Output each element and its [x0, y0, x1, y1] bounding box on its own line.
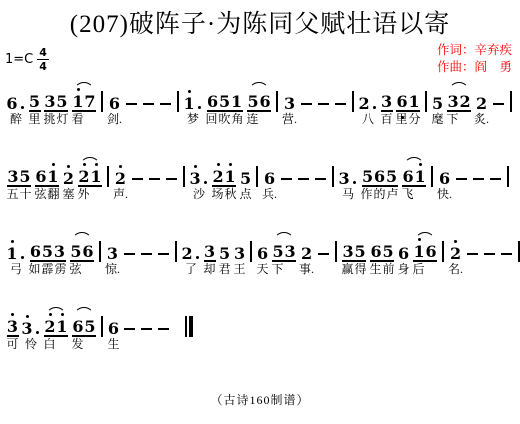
- music-line: 35五十61弦翻2塞21外2声.3沙21场秋5点6兵.3马565作的卢61飞6快…: [5, 153, 518, 204]
- final-barline-thick: [189, 316, 193, 337]
- note: 6: [439, 170, 451, 187]
- beam-group-cell: 565作的卢: [360, 153, 399, 204]
- dash-cell: [488, 153, 503, 204]
- lyric: 飞: [401, 187, 414, 202]
- note-area: 21: [212, 153, 236, 187]
- note-area: 3: [381, 78, 393, 112]
- note: 5: [382, 243, 394, 260]
- beam-group: 3: [204, 243, 216, 262]
- lyric: 秋: [224, 187, 237, 202]
- note-area: 653: [30, 228, 66, 262]
- lyric-row: 营.: [282, 112, 297, 129]
- note: 5: [42, 243, 54, 260]
- note-area: [333, 78, 348, 112]
- lyric-row: 声.: [113, 187, 128, 204]
- beam-group: 16: [413, 243, 437, 262]
- lyric: 翻: [47, 187, 60, 202]
- octave-dot-below: [401, 116, 404, 119]
- lyric: 后: [412, 262, 425, 277]
- beam-group: 17: [72, 93, 96, 112]
- lyric: 马: [342, 187, 355, 202]
- note-area: 35: [342, 228, 366, 262]
- note: 3: [342, 243, 354, 260]
- beam-group: 3: [381, 93, 393, 112]
- duration-dash: [160, 103, 171, 105]
- note-area: 2: [301, 228, 313, 262]
- note-area: [505, 153, 511, 187]
- beam-group-cell: 653如霹雳: [28, 228, 67, 279]
- dash-cell: [139, 228, 154, 279]
- lyric: 下: [446, 112, 459, 127]
- note-area: 53: [272, 228, 296, 262]
- note: 3: [381, 93, 393, 110]
- credits: 作词：辛弃疾 作曲：阎 勇: [437, 42, 512, 76]
- dash-cell: [482, 228, 497, 279]
- composer-credit: 作曲：阎 勇: [437, 59, 512, 76]
- lyric-row: 名.: [448, 262, 463, 279]
- octave-dot-above: [454, 240, 457, 243]
- music-lines: 6醉5里35挑灯17看6剑.1梦651回吹角56连3营.2八3百61里分5麾32…: [5, 78, 518, 378]
- augmentation-dot: [196, 256, 199, 259]
- lyric-row: 君: [218, 262, 231, 279]
- lyric: 回: [205, 112, 218, 127]
- beam-group-cell: 53下: [271, 228, 297, 279]
- slur-arc: [274, 232, 294, 241]
- note-area: 2: [63, 153, 75, 187]
- lyric-row: 看: [71, 112, 97, 129]
- barline: [352, 91, 354, 112]
- lyric-row: 醉: [10, 112, 23, 129]
- beam-group: 56: [247, 93, 271, 112]
- lyric: 发: [71, 337, 84, 352]
- note: 6: [82, 243, 94, 260]
- lyric: 百: [380, 112, 393, 127]
- note: 1: [224, 168, 236, 185]
- lyric: 怜: [25, 337, 38, 352]
- lyric-row: 作的卢: [360, 187, 399, 204]
- note: 2: [63, 170, 75, 187]
- dash-cell: [316, 228, 331, 279]
- barline: [175, 241, 177, 262]
- note-area: [254, 153, 260, 187]
- barline: [250, 241, 252, 262]
- dash-cell: [156, 228, 171, 279]
- lyric: 生: [107, 337, 120, 352]
- lyric: 赢: [341, 262, 354, 277]
- note-cell: 5点: [239, 153, 252, 204]
- slur-arc: [404, 157, 424, 166]
- note-area: [482, 228, 497, 262]
- lyric-row: 剑.: [107, 112, 122, 129]
- lyric: 事.: [299, 262, 314, 277]
- note-cell: 6醉: [6, 78, 26, 129]
- note-area: 3: [234, 228, 246, 262]
- lyric-row: 发: [71, 337, 97, 354]
- note-area: [488, 153, 503, 187]
- octave-dot-above: [11, 240, 14, 243]
- lyric: 八: [362, 112, 375, 127]
- dash-cell: [471, 153, 486, 204]
- note-area: [141, 78, 156, 112]
- note: 5: [219, 93, 231, 110]
- note: 5: [56, 93, 68, 110]
- dash-cell: [499, 228, 514, 279]
- dash-cell: [491, 78, 506, 129]
- lyric: 作: [360, 187, 373, 202]
- note: 6: [35, 168, 47, 185]
- barline-cell: [508, 78, 514, 129]
- lyric-row: 连: [246, 112, 272, 129]
- note-cell: 3沙: [189, 153, 209, 204]
- final-barline-thin: [185, 316, 187, 337]
- note: 5: [240, 170, 252, 187]
- note: 2: [459, 93, 471, 110]
- note: 6: [207, 93, 219, 110]
- note-area: 35: [7, 153, 31, 187]
- barline-cell: [248, 228, 254, 279]
- note-area: [158, 78, 173, 112]
- final-barline: [185, 316, 193, 337]
- beam-group: 21: [44, 318, 68, 337]
- note-area: [99, 78, 105, 112]
- lyric-row: 外: [77, 187, 103, 204]
- music-line: 3可3怜21白65发6生: [5, 303, 518, 354]
- lyric: 前: [382, 262, 395, 277]
- note: 1: [231, 93, 243, 110]
- note: 6: [370, 243, 382, 260]
- note-area: 3: [204, 228, 216, 262]
- note: 5: [272, 243, 284, 260]
- augmentation-dot: [21, 106, 24, 109]
- beam-group: 5: [29, 93, 41, 112]
- lyric: 吹: [218, 112, 231, 127]
- octave-dot-above: [52, 163, 55, 166]
- note: 5: [247, 93, 259, 110]
- barline: [442, 241, 444, 262]
- lyric: 声.: [113, 187, 128, 202]
- lyric: 塞: [62, 187, 75, 202]
- lyric: 白: [43, 337, 56, 352]
- beam-group: 61: [402, 168, 426, 187]
- note-area: 651: [207, 78, 243, 112]
- beam-group: 35: [342, 243, 366, 262]
- note-area: [122, 303, 137, 337]
- barline: [107, 166, 109, 187]
- note-area: [454, 153, 469, 187]
- note-area: 3: [107, 228, 119, 262]
- beam-group-cell: 61飞: [401, 153, 427, 204]
- lyric: 连: [246, 112, 259, 127]
- beam-group: 32: [447, 93, 471, 112]
- note-area: 17: [72, 78, 96, 112]
- augmentation-dot: [36, 331, 39, 334]
- barline-cell: [99, 303, 105, 354]
- lyric-row: 五十: [6, 187, 32, 204]
- octave-dot-above: [119, 165, 122, 168]
- note-area: [105, 153, 111, 187]
- lyric-row: 点: [239, 187, 252, 204]
- beam-group-cell: 61里分: [395, 78, 421, 129]
- note: 1: [56, 318, 68, 335]
- barline-cell: [181, 153, 187, 204]
- duration-dash: [501, 253, 512, 255]
- lyric: 十: [19, 187, 32, 202]
- lyric-row: 生前: [369, 262, 395, 279]
- duration-dash: [456, 178, 467, 180]
- note-area: [279, 153, 294, 187]
- lyric: 看: [71, 112, 84, 127]
- barline-cell: [333, 228, 339, 279]
- lyric-row: 弦翻: [34, 187, 60, 204]
- lyric: 挑: [43, 112, 56, 127]
- note-cell: 6身: [397, 228, 410, 279]
- dash-cell: [141, 78, 156, 129]
- lyric: 炙.: [474, 112, 489, 127]
- note: 3: [234, 245, 246, 262]
- lyric-row: 里: [28, 112, 41, 129]
- beam-group: 35: [7, 168, 31, 187]
- lyric: 身: [397, 262, 410, 277]
- note-area: 6: [257, 228, 269, 262]
- note-cell: 3马: [338, 153, 358, 204]
- note-cell: 6剑.: [107, 78, 122, 129]
- octave-dot-above: [217, 163, 220, 166]
- lyric-row: 却: [203, 262, 216, 279]
- footer-note: （古诗160制谱）: [0, 391, 520, 408]
- key-label: 1=C: [5, 52, 33, 67]
- lyric-row: 八: [362, 112, 375, 129]
- note-cell: 2八: [358, 78, 378, 129]
- lyric-row: 天: [256, 262, 269, 279]
- slur-arc: [74, 307, 94, 316]
- note-area: 6: [439, 153, 451, 187]
- note-cell: 1弓: [6, 228, 26, 279]
- beam-group-cell: 3可: [6, 303, 19, 354]
- note-area: [333, 228, 339, 262]
- octave-dot-above: [26, 315, 29, 318]
- lyric: 弓: [10, 262, 23, 277]
- lyric: 雳: [54, 262, 67, 277]
- lyric: 梦: [187, 112, 200, 127]
- dash-cell: [122, 303, 137, 354]
- note-area: 565: [362, 153, 398, 187]
- barline-cell: [429, 153, 435, 204]
- duration-dash: [166, 178, 177, 180]
- dash-cell: [158, 78, 173, 129]
- note-area: [173, 303, 193, 337]
- note: 6: [259, 93, 271, 110]
- note: 5: [219, 245, 231, 262]
- note-area: 61: [396, 78, 420, 112]
- lyricist-credit: 作词：辛弃疾: [437, 42, 512, 59]
- beam-group: 65: [370, 243, 394, 262]
- lyric: 麾: [431, 112, 444, 127]
- note-area: 5: [29, 78, 41, 112]
- note: 1: [6, 245, 18, 262]
- note: 2: [115, 170, 127, 187]
- note-area: [516, 228, 520, 262]
- note-area: 1: [6, 228, 26, 262]
- beam-group-cell: 3百: [380, 78, 393, 129]
- beam-group-cell: 3却: [203, 228, 216, 279]
- note: 5: [84, 318, 96, 335]
- barline: [101, 91, 103, 112]
- music-line: 6醉5里35挑灯17看6剑.1梦651回吹角56连3营.2八3百61里分5麾32…: [5, 78, 518, 129]
- note-area: [313, 153, 328, 187]
- note-cell: 2塞: [62, 153, 75, 204]
- beam-group: 61: [396, 93, 420, 112]
- note-area: 2: [181, 228, 201, 262]
- duration-dash: [124, 328, 135, 330]
- note: 2: [78, 168, 90, 185]
- duration-dash: [490, 178, 501, 180]
- duration-dash: [298, 178, 309, 180]
- lyric-row: 弦: [69, 262, 95, 279]
- lyric-row: 下: [446, 112, 472, 129]
- barline-cell: [173, 228, 179, 279]
- beam-group-cell: 651回吹角: [205, 78, 244, 129]
- beam-group: 61: [35, 168, 59, 187]
- note-area: 3: [189, 153, 209, 187]
- lyric-row: 弓: [10, 262, 23, 279]
- dash-cell: [130, 153, 145, 204]
- note: 2: [450, 245, 462, 262]
- note-area: [423, 78, 429, 112]
- note: 6: [6, 95, 18, 112]
- note: 1: [408, 93, 420, 110]
- note-cell: 6生: [107, 303, 120, 354]
- augmentation-dot: [21, 256, 24, 259]
- barline-cell: [99, 78, 105, 129]
- note-area: 21: [78, 153, 102, 187]
- beam-group-cell: 17看: [71, 78, 97, 129]
- note-area: 56: [70, 228, 94, 262]
- duration-dash: [301, 103, 312, 105]
- note: 2: [301, 245, 313, 262]
- note-area: [164, 153, 179, 187]
- slur-arc: [80, 157, 100, 166]
- note-area: 2: [476, 78, 488, 112]
- beam-group: 21: [212, 168, 236, 187]
- beam-group-cell: 61弦翻: [34, 153, 60, 204]
- lyric: 分: [408, 112, 421, 127]
- lyric: 弦: [34, 187, 47, 202]
- note: 3: [338, 170, 350, 187]
- note-area: [156, 303, 171, 337]
- note: 7: [84, 93, 96, 110]
- note-cell: 2了: [181, 228, 201, 279]
- lyric-row: 生: [107, 337, 120, 354]
- lyric: 剑.: [107, 112, 122, 127]
- lyric: 灯: [56, 112, 69, 127]
- note-area: [316, 228, 331, 262]
- lyric-row: 了: [185, 262, 198, 279]
- octave-dot-above: [67, 165, 70, 168]
- lyric-row: 沙: [193, 187, 206, 204]
- note-cell: 2名.: [448, 228, 463, 279]
- lyric: 惊.: [105, 262, 120, 277]
- lyric: 的: [373, 187, 386, 202]
- lyric-row: 马: [342, 187, 355, 204]
- note: 2: [358, 95, 370, 112]
- note: 6: [425, 243, 437, 260]
- dash-cell: [296, 153, 311, 204]
- lyric-row: 惊.: [105, 262, 120, 279]
- beam-group-cell: 32下: [446, 78, 472, 129]
- lyric: 君: [218, 262, 231, 277]
- note-area: 6: [108, 303, 120, 337]
- dash-cell: [454, 153, 469, 204]
- beam-group-cell: 21外: [77, 153, 103, 204]
- beam-group-cell: 5里: [28, 78, 41, 129]
- beam-group: 21: [78, 168, 102, 187]
- note: 3: [21, 320, 33, 337]
- lyric-row: 里分: [395, 112, 421, 129]
- note-area: [130, 153, 145, 187]
- lyric: 里: [28, 112, 41, 127]
- barline-cell: [440, 228, 446, 279]
- note: 6: [396, 93, 408, 110]
- dash-cell: [156, 303, 171, 354]
- note-area: 65: [72, 303, 96, 337]
- note-area: [139, 303, 154, 337]
- barline-cell: [516, 228, 520, 279]
- lyric-row: 炙.: [474, 112, 489, 129]
- augmentation-dot: [198, 106, 201, 109]
- note: 1: [183, 95, 195, 112]
- duration-dash: [318, 253, 329, 255]
- note-area: 3: [7, 303, 19, 337]
- note-area: 2: [115, 153, 127, 187]
- lyric: 生: [369, 262, 382, 277]
- barline: [431, 166, 433, 187]
- note-area: 6: [6, 78, 26, 112]
- lyric: 下: [271, 262, 284, 277]
- duration-dash: [493, 103, 504, 105]
- lyric-row: 身: [397, 262, 410, 279]
- slur-arc: [249, 82, 269, 91]
- dash-cell: [124, 78, 139, 129]
- note: 3: [189, 170, 201, 187]
- lyric: 里: [395, 112, 408, 127]
- octave-dot-above: [229, 163, 232, 166]
- note: 3: [7, 318, 19, 335]
- note-area: 56: [247, 78, 271, 112]
- note-area: [350, 78, 356, 112]
- note: 2: [44, 318, 56, 335]
- beam-group: 3: [7, 318, 19, 337]
- lyric: 沙: [193, 187, 206, 202]
- note-area: [248, 228, 254, 262]
- note-cell: 6兵.: [262, 153, 277, 204]
- note-area: [122, 228, 137, 262]
- note-area: [330, 153, 336, 187]
- sheet-music-page: (207)破阵子·为陈同父赋壮语以寄 1=C 4 4 作词：辛弃疾 作曲：阎 勇…: [0, 0, 520, 424]
- note-area: 16: [413, 228, 437, 262]
- note-area: 35: [44, 78, 68, 112]
- barline-cell: [330, 153, 336, 204]
- note: 3: [107, 245, 119, 262]
- note: 2: [212, 168, 224, 185]
- note: 3: [204, 243, 216, 260]
- lyric-row: 麾: [431, 112, 444, 129]
- barline-cell: [97, 228, 103, 279]
- lyric-row: 下: [271, 262, 297, 279]
- duration-dash: [318, 103, 329, 105]
- note-area: [274, 78, 280, 112]
- note-cell: 2事.: [299, 228, 314, 279]
- note-area: 5: [432, 78, 444, 112]
